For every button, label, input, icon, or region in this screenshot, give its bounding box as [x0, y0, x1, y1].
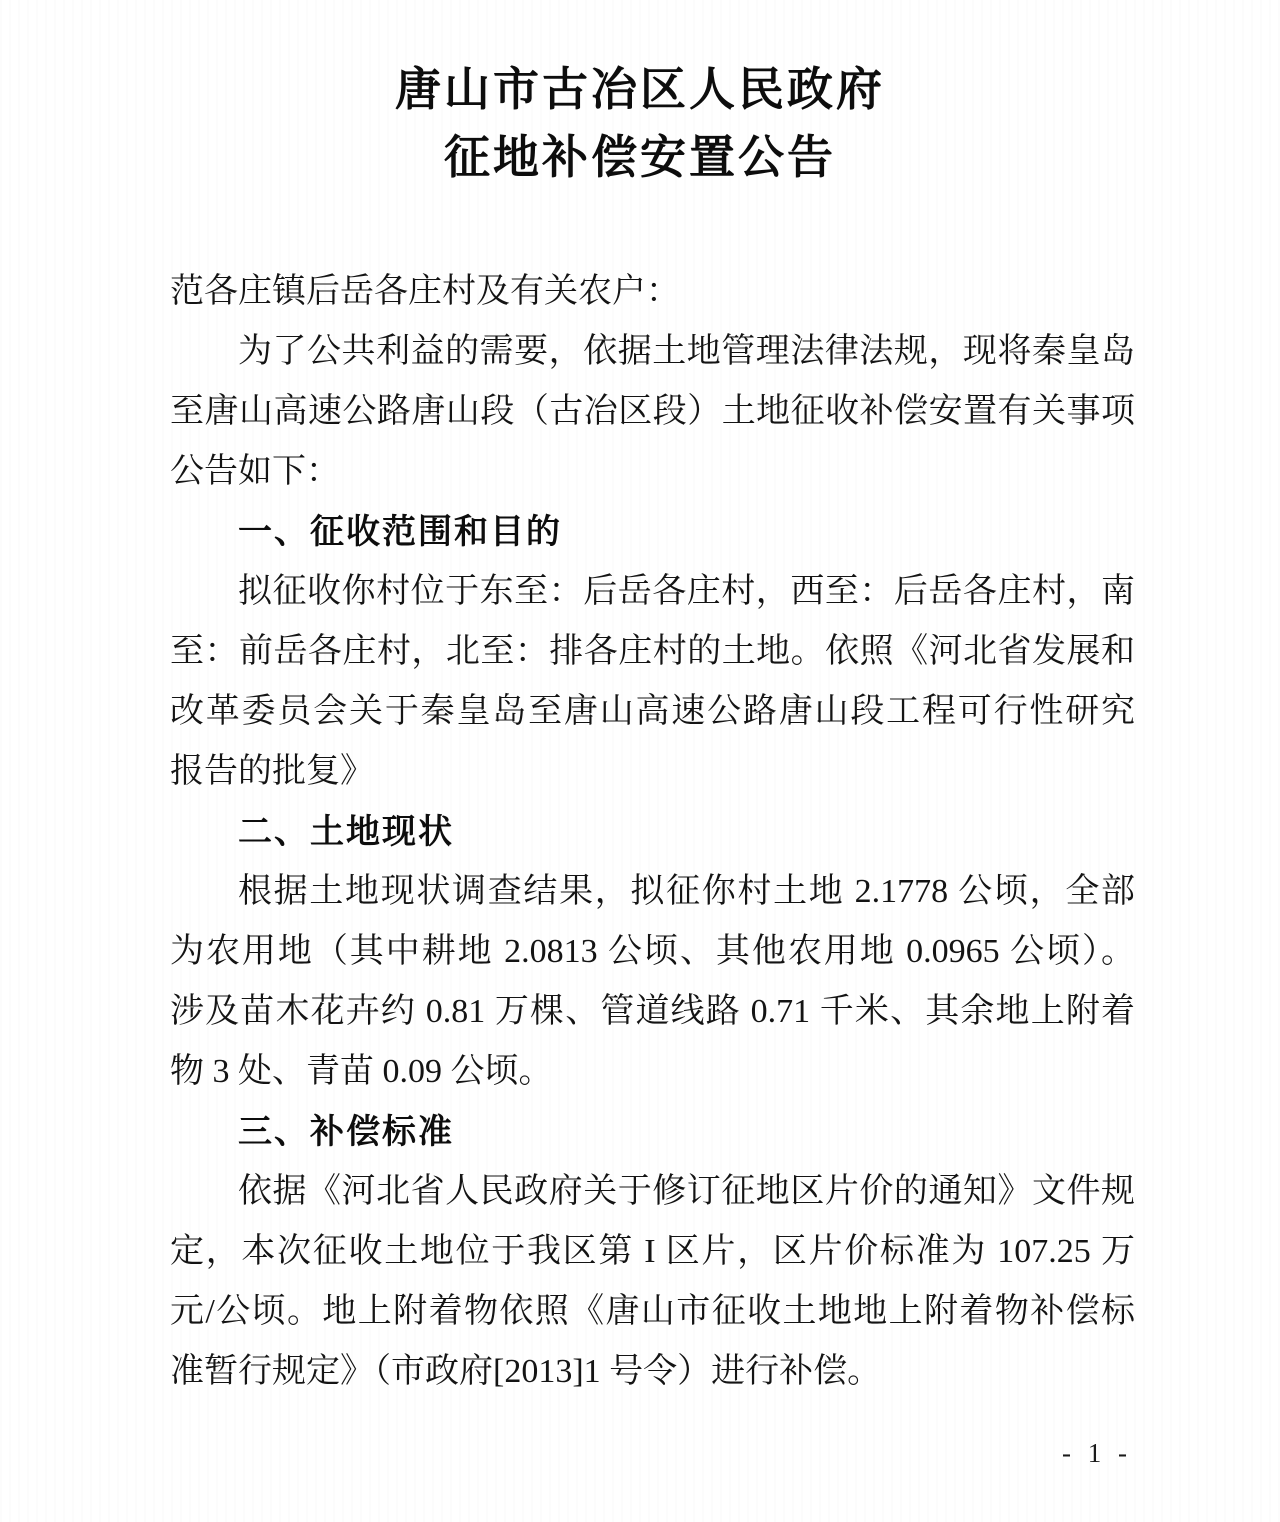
section-heading-3: 三、补偿标准 [170, 1102, 1135, 1162]
paragraph-line: 定，本次征收土地位于我区第 I 区片，区片价标准为 107.25 万 [170, 1222, 1135, 1282]
paragraph-line: 涉及苗木花卉约 0.81 万棵、管道线路 0.71 千米、其余地上附着 [170, 982, 1135, 1042]
salutation-line: 范各庄镇后岳各庄村及有关农户： [170, 262, 1135, 322]
paragraph-line: 至唐山高速公路唐山段（古冶区段）土地征收补偿安置有关事项 [170, 382, 1135, 442]
paragraph-line: 为了公共利益的需要，依据土地管理法律法规，现将秦皇岛 [170, 322, 1135, 382]
paragraph-line: 依据《河北省人民政府关于修订征地区片价的通知》文件规 [170, 1162, 1135, 1222]
title-line-2: 征地补偿安置公告 [0, 124, 1280, 192]
paragraph-line: 准暂行规定》（市政府[2013]1 号令）进行补偿。 [170, 1342, 1135, 1402]
paragraph-line: 物 3 处、青苗 0.09 公顷。 [170, 1042, 1135, 1102]
section-heading-2: 二、土地现状 [170, 802, 1135, 862]
paragraph-line: 公告如下： [170, 442, 1135, 502]
paragraph-line: 根据土地现状调查结果，拟征你村土地 2.1778 公顷，全部 [170, 862, 1135, 922]
title-line-1: 唐山市古冶区人民政府 [0, 56, 1280, 124]
page-number: - 1 - [0, 1438, 1280, 1469]
paragraph-line: 拟征收你村位于东至：后岳各庄村，西至：后岳各庄村，南 [170, 562, 1135, 622]
paragraph-line: 报告的批复》 [170, 742, 1135, 802]
section-heading-1: 一、征收范围和目的 [170, 502, 1135, 562]
document-title: 唐山市古冶区人民政府 征地补偿安置公告 [0, 0, 1280, 192]
paragraph-line: 至：前岳各庄村，北至：排各庄村的土地。依照《河北省发展和 [170, 622, 1135, 682]
paragraph-line: 元/公顷。地上附着物依照《唐山市征收土地地上附着物补偿标 [170, 1282, 1135, 1342]
document-page: 唐山市古冶区人民政府 征地补偿安置公告 范各庄镇后岳各庄村及有关农户： 为了公共… [0, 0, 1280, 1522]
document-body: 范各庄镇后岳各庄村及有关农户： 为了公共利益的需要，依据土地管理法律法规，现将秦… [170, 262, 1135, 1402]
paragraph-line: 改革委员会关于秦皇岛至唐山高速公路唐山段工程可行性研究 [170, 682, 1135, 742]
paragraph-line: 为农用地（其中耕地 2.0813 公顷、其他农用地 0.0965 公顷）。 [170, 922, 1135, 982]
